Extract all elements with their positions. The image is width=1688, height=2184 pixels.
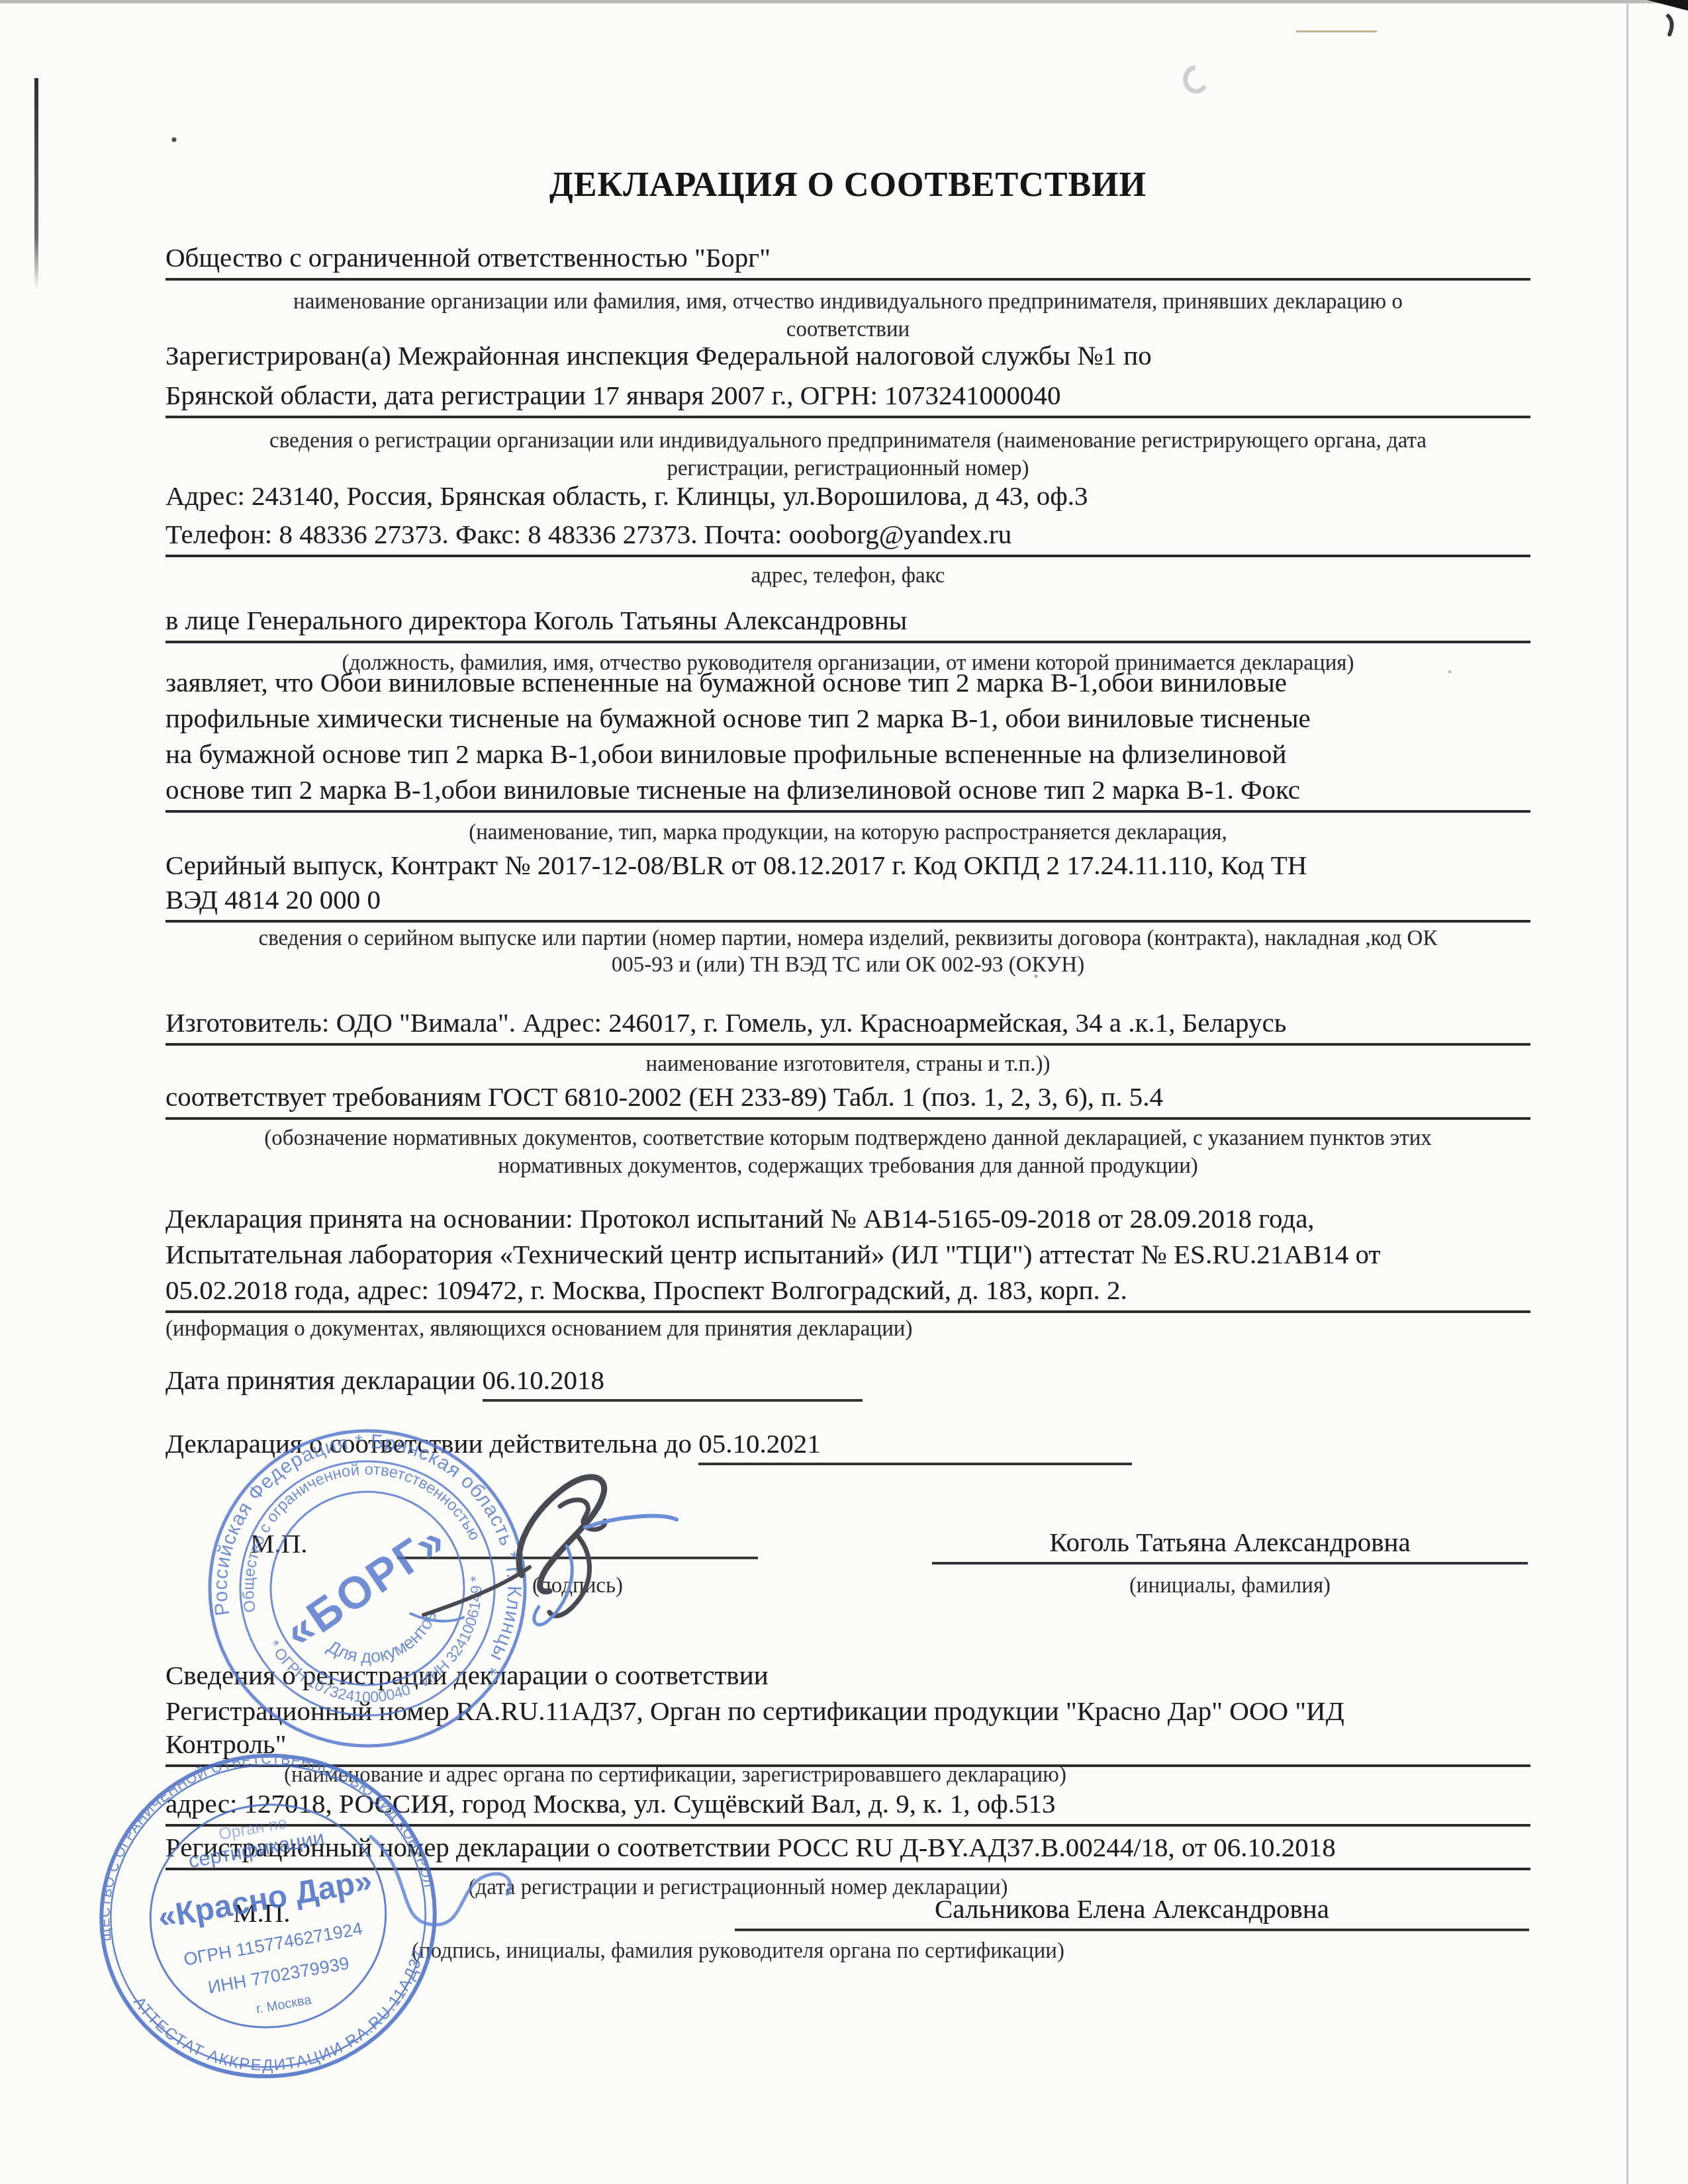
krasno-stamp-outer-bottom-text: АТТЕСТАТ АККРЕДИТАЦИИ RA.RU.11АД37 — [128, 1944, 445, 2098]
scan-corner-squiggle — [1668, 16, 1672, 34]
declarant-head-line: в лице Генерального директора Коголь Тат… — [165, 605, 1530, 643]
scan-grey-blob — [1186, 68, 1205, 91]
product-line-2: профильные химически тисненые на бумажно… — [165, 703, 1530, 734]
declarant-address-line: Адрес: 243140, Россия, Брянская область,… — [165, 480, 1530, 512]
valid-until-value: 05.10.2021 — [698, 1428, 1132, 1465]
reg-body-caption: (наименование и адрес органа по сертифик… — [172, 1763, 1178, 1788]
registration-line-1: Зарегистрирован(а) Межрайонная инспекция… — [165, 340, 1530, 371]
valid-until-label: Декларация о соответствии действительна … — [165, 1428, 692, 1459]
adoption-date-line: Дата принятия декларации 06.10.2018 — [165, 1365, 1530, 1402]
product-caption: (наименование, тип, марка продукции, на … — [165, 821, 1530, 844]
declarant-phone-line: Телефон: 8 48336 27373. Факс: 8 48336 27… — [165, 519, 1530, 557]
scan-dot — [172, 138, 177, 142]
scan-top-edge — [0, 0, 1688, 3]
document-title: ДЕКЛАРАЦИЯ О СООТВЕТСТВИИ — [165, 165, 1530, 205]
scan-corner-mark — [1647, 0, 1688, 11]
serial-line-1: Серийный выпуск, Контракт № 2017-12-08/B… — [165, 850, 1530, 881]
basis-caption: (информация о документах, являющихся осн… — [165, 1317, 1530, 1341]
reg-body-line-1: Регистрационный номер RA.RU.11АД37, Орга… — [165, 1696, 1530, 1727]
reg-body-line-2: Контроль" — [165, 1729, 1530, 1767]
signature-line — [397, 1526, 758, 1559]
signature-inner-squiggle — [560, 1500, 605, 1529]
basis-line-2: Испытательная лаборатория «Технический ц… — [165, 1239, 1530, 1270]
svg-text:АТТЕСТАТ АККРЕДИТАЦИИ RA.RU.11: АТТЕСТАТ АККРЕДИТАЦИИ RA.RU.11АД37 — [128, 1944, 445, 2098]
requirements-line: соответствует требованиям ГОСТ 6810-2002… — [165, 1081, 1530, 1120]
mp-label-1: М.П. — [250, 1527, 308, 1559]
scan-left-fold-line — [34, 78, 38, 290]
product-line-3: на бумажной основе тип 2 марка В-1,обои … — [165, 739, 1530, 770]
serial-caption-2: 005-93 и (или) ТН ВЭД ТС или ОК 002-93 (… — [165, 953, 1530, 977]
serial-caption-1: сведения о серийном выпуске или партии (… — [165, 927, 1530, 950]
cert-head-caption: (подпись, инициалы, фамилия руководителя… — [298, 1939, 1178, 1964]
requirements-caption-2: нормативных документов, содержащих требо… — [165, 1154, 1530, 1178]
registration-caption-2: регистрации, регистрационный номер) — [165, 457, 1530, 480]
registration-caption-1: сведения о регистрации организации или и… — [165, 429, 1530, 453]
reg-info-heading: Сведения о регистрации декларации о соот… — [165, 1660, 1530, 1691]
manufacturer-line: Изготовитель: ОДО "Вимала". Адрес: 24601… — [165, 1007, 1530, 1046]
signature-blue-undertail — [410, 1614, 463, 1621]
declarant-name-caption-2: соответствии — [165, 318, 1530, 341]
requirements-caption-1: (обозначение нормативных документов, соо… — [165, 1126, 1530, 1150]
manufacturer-caption: наименование изготовителя, страны и т.п.… — [165, 1052, 1530, 1076]
mp-label-2: М.П. — [233, 1897, 291, 1929]
scan-right-edge-line — [1626, 0, 1628, 2184]
scanned-declaration-page: ДЕКЛАРАЦИЯ О СООТВЕТСТВИИ Общество с огр… — [0, 0, 1688, 2184]
product-line-1: заявляет, что Обои виниловые вспененные … — [165, 667, 1530, 698]
scan-tan-line — [1296, 30, 1377, 32]
signer-name: Коголь Татьяна Александровна — [932, 1526, 1528, 1565]
signer-name-caption: (инициалы, фамилия) — [932, 1574, 1528, 1598]
adoption-date-label: Дата принятия декларации — [165, 1365, 475, 1395]
adoption-date-value: 06.10.2018 — [483, 1365, 863, 1402]
declarant-name-line: Общество с ограниченной ответственностью… — [165, 242, 1530, 281]
basis-line-1: Декларация принята на основании: Протоко… — [165, 1203, 1530, 1234]
reg-number-line: Регистрационный номер декларации о соотв… — [165, 1832, 1530, 1870]
cert-head-name: Сальникова Елена Александровна — [735, 1893, 1529, 1931]
basis-line-3: 05.02.2018 года, адрес: 109472, г. Москв… — [165, 1275, 1530, 1313]
valid-until-line: Декларация о соответствии действительна … — [165, 1428, 1530, 1465]
signature-caption: (подпись) — [397, 1574, 758, 1598]
contact-caption: адрес, телефон, факс — [165, 564, 1530, 588]
reg-address-line: адрес: 127018, РОССИЯ, город Москва, ул.… — [165, 1788, 1530, 1827]
serial-line-2: ВЭД 4814 20 000 0 — [165, 884, 1530, 923]
krasno-stamp-city-text: г. Москва — [255, 1993, 313, 2017]
product-line-4: основе тип 2 марка В-1,обои виниловые ти… — [165, 774, 1530, 813]
registration-line-2: Брянской области, дата регистрации 17 ян… — [165, 380, 1530, 418]
declarant-name-caption-1: наименование организации или фамилия, им… — [165, 290, 1530, 314]
